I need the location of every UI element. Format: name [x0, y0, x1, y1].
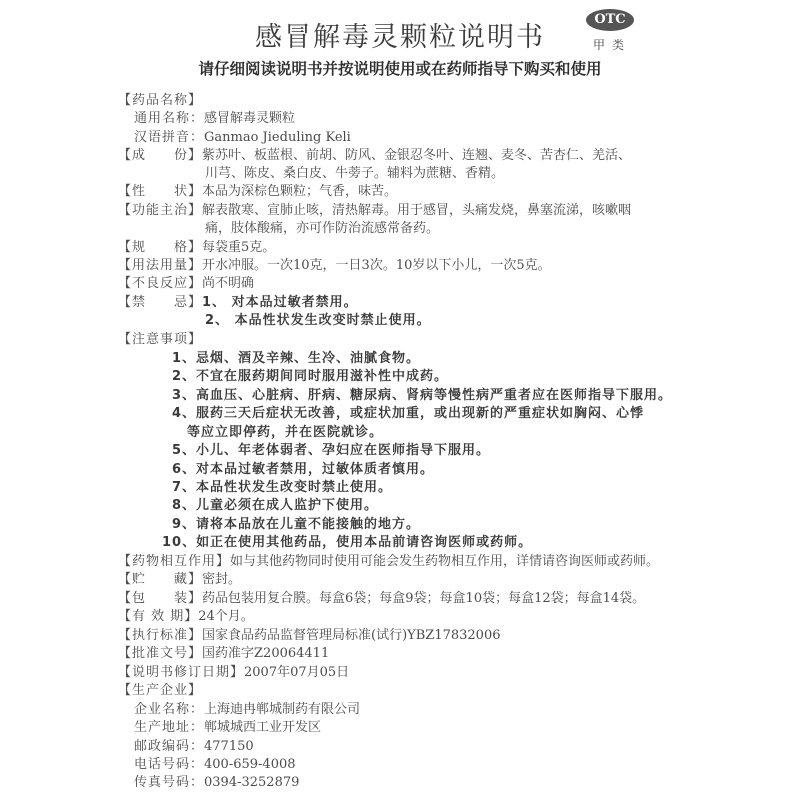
otc-badge: OTC	[586, 9, 634, 31]
adverse-reactions-row: 【不良反应】尚不明确	[118, 275, 254, 292]
precaution-item: 5、小儿、年老体弱者、孕妇应在医师指导下服用。	[172, 442, 490, 459]
pinyin-value: Ganmao Jieduling Keli	[204, 130, 351, 145]
precaution-item: 1、忌烟、酒及辛辣、生冷、油腻食物。	[172, 350, 420, 367]
generic-name-value: 感冒解毒灵颗粒	[204, 111, 295, 126]
dosage-row: 【用法用量】开水冲服。一次10克，一日3次。10岁以下小儿，一次5克。	[118, 257, 551, 274]
shelf-life-value: 24个月。	[198, 609, 254, 624]
phone-row: 电话号码：400-659-4008	[134, 756, 296, 773]
appearance-value: 本品为深棕色颗粒；气香，味苦。	[202, 184, 397, 199]
pinyin-row: 汉语拼音：Ganmao Jieduling Keli	[134, 129, 351, 146]
section-label-contraindications: 【禁 忌】	[118, 295, 202, 310]
contraindication-item: 2、 本品性状发生改变时禁止使用。	[205, 312, 431, 329]
indications-line-1: 解表散寒、宣肺止咳，清热解毒。用于感冒，头痛发烧，鼻塞流涕，咳嗽咽	[202, 203, 631, 218]
approval-value: 国药准字Z20064411	[202, 646, 329, 661]
precaution-item: 7、本品性状发生改变时禁止使用。	[172, 479, 392, 496]
section-label-approval: 【批准文号】	[118, 646, 202, 661]
specification-row: 【规 格】每袋重5克。	[118, 239, 275, 256]
company-name-row: 企业名称：上海迪冉郸城制药有限公司	[134, 701, 360, 718]
specification-value: 每袋重5克。	[202, 240, 275, 255]
phone-label: 电话号码：	[134, 757, 204, 772]
precaution-item: 3、高血压、心脏病、肝病、糖尿病、肾病等慢性病严重者应在医师指导下服用。	[172, 387, 672, 404]
contraindication-item: 1、 对本品过敏者禁用。	[202, 295, 358, 310]
phone-value: 400-659-4008	[204, 757, 296, 772]
address-row: 生产地址：郸城城西工业开发区	[134, 719, 321, 736]
section-label-appearance: 【性 状】	[118, 184, 202, 199]
indications-line-2: 痛，肢体酸痛，亦可作防治流感常备药。	[205, 220, 439, 237]
document-title: 感冒解毒灵颗粒说明书	[0, 15, 800, 54]
precaution-item: 10、如正在使用其他药品，使用本品前请咨询医师或药师。	[162, 534, 532, 551]
precaution-item: 4、服药三天后症状无改善，或症状加重，或出现新的严重症状如胸闷、心悸	[172, 405, 644, 422]
section-label-drug-name: 【药品名称】	[118, 92, 202, 109]
fax-row: 传真号码：0394-3252879	[134, 774, 299, 791]
postcode-label: 邮政编码：	[134, 739, 204, 754]
pinyin-label: 汉语拼音：	[134, 130, 204, 145]
section-label-ingredients: 【成 份】	[118, 148, 202, 163]
ingredients-row: 【成 份】紫苏叶、板蓝根、前胡、防风、金银忍冬叶、连翘、麦冬、苦杏仁、羌活、	[118, 147, 631, 164]
section-label-revision-date: 【说明书修订日期】	[118, 665, 244, 680]
shelf-life-row: 【有 效 期】24个月。	[118, 608, 254, 625]
standard-row: 【执行标准】国家食品药品监督管理局标准(试行)YBZ17832006	[118, 627, 501, 644]
generic-name-label: 通用名称：	[134, 111, 204, 126]
section-label-indications: 【功能主治】	[118, 203, 202, 218]
dosage-value: 开水冲服。一次10克，一日3次。10岁以下小儿，一次5克。	[202, 258, 551, 273]
section-label-precautions: 【注意事项】	[118, 331, 202, 348]
fax-value: 0394-3252879	[204, 775, 299, 790]
postcode-value: 477150	[204, 739, 254, 754]
revision-date-row: 【说明书修订日期】2007年07月05日	[118, 664, 349, 681]
fax-label: 传真号码：	[134, 775, 204, 790]
interactions-value: 如与其他药物同时使用可能会发生药物相互作用，详情请咨询医师或药师。	[230, 554, 659, 569]
section-label-packaging: 【包 装】	[118, 591, 202, 606]
precaution-item: 8、儿童必须在成人监护下使用。	[172, 497, 378, 514]
appearance-row: 【性 状】本品为深棕色颗粒；气香，味苦。	[118, 183, 397, 200]
otc-class-label: 甲类	[593, 36, 631, 53]
section-label-storage: 【贮 藏】	[118, 572, 202, 587]
precaution-item: 9、请将本品放在儿童不能接触的地方。	[172, 516, 420, 533]
indications-row: 【功能主治】解表散寒、宣肺止咳，清热解毒。用于感冒，头痛发烧，鼻塞流涕，咳嗽咽	[118, 202, 631, 219]
section-label-adverse-reactions: 【不良反应】	[118, 276, 202, 291]
postcode-row: 邮政编码：477150	[134, 738, 254, 755]
section-label-specification: 【规 格】	[118, 240, 202, 255]
company-name-value: 上海迪冉郸城制药有限公司	[204, 702, 360, 717]
storage-row: 【贮 藏】密封。	[118, 571, 241, 588]
precaution-item-continued: 等应立即停药，并在医院就诊。	[187, 424, 383, 441]
company-name-label: 企业名称：	[134, 702, 204, 717]
reading-advisory: 请仔细阅读说明书并按说明使用或在药师指导下购买和使用	[0, 57, 800, 79]
revision-date-value: 2007年07月05日	[244, 665, 349, 680]
ingredients-line-2: 川芎、陈皮、桑白皮、牛蒡子。辅料为蔗糖、香精。	[205, 165, 504, 182]
section-label-manufacturer: 【生产企业】	[118, 682, 202, 699]
interactions-row: 【药物相互作用】如与其他药物同时使用可能会发生药物相互作用，详情请咨询医师或药师…	[118, 553, 659, 570]
section-label-dosage: 【用法用量】	[118, 258, 202, 273]
address-value: 郸城城西工业开发区	[204, 720, 321, 735]
contraindications-row: 【禁 忌】1、 对本品过敏者禁用。	[118, 294, 358, 311]
generic-name-row: 通用名称：感冒解毒灵颗粒	[134, 110, 295, 127]
standard-value: 国家食品药品监督管理局标准(试行)YBZ17832006	[202, 628, 500, 643]
packaging-row: 【包 装】药品包装用复合膜。每盒6袋；每盒9袋；每盒10袋；每盒12袋；每盒14…	[118, 590, 645, 607]
section-label-standard: 【执行标准】	[118, 628, 202, 643]
ingredients-line-1: 紫苏叶、板蓝根、前胡、防风、金银忍冬叶、连翘、麦冬、苦杏仁、羌活、	[202, 148, 631, 163]
precaution-item: 6、对本品过敏者禁用，过敏体质者慎用。	[172, 461, 434, 478]
section-label-shelf-life: 【有 效 期】	[118, 609, 198, 624]
address-label: 生产地址：	[134, 720, 204, 735]
adverse-reactions-value: 尚不明确	[202, 276, 254, 291]
section-label-interactions: 【药物相互作用】	[118, 554, 230, 569]
packaging-value: 药品包装用复合膜。每盒6袋；每盒9袋；每盒10袋；每盒12袋；每盒14袋。	[202, 591, 645, 606]
storage-value: 密封。	[202, 572, 241, 587]
approval-row: 【批准文号】国药准字Z20064411	[118, 645, 329, 662]
precaution-item: 2、不宜在服药期间同时服用滋补性中成药。	[172, 368, 448, 385]
